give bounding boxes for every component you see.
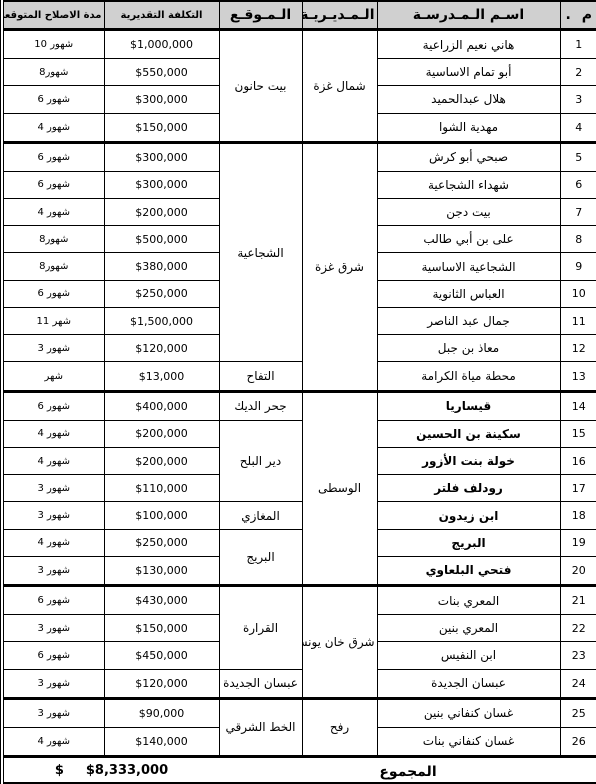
cost-cell: $90,000 bbox=[104, 698, 219, 727]
row-number-cell: 20 bbox=[560, 556, 596, 585]
school-name-cell: ابن زيدون bbox=[377, 502, 560, 529]
school-repair-cost-table: م . اسـم الـمـدرسـة الـمـديـريـة الـمـوق… bbox=[0, 0, 596, 784]
duration-cell: 6 شهور bbox=[2, 280, 104, 307]
col-header-school: اسـم الـمـدرسـة bbox=[377, 1, 560, 30]
row-number-cell: 1 bbox=[560, 30, 596, 59]
duration-cell: 3 شهور bbox=[2, 335, 104, 362]
cost-cell: $1,000,000 bbox=[104, 30, 219, 59]
cost-cell: $140,000 bbox=[104, 727, 219, 756]
cost-cell: $100,000 bbox=[104, 502, 219, 529]
school-name-cell: مهدية الشوا bbox=[377, 113, 560, 142]
row-number-cell: 21 bbox=[560, 585, 596, 614]
total-row: المجموع $ $8,333,000 bbox=[2, 757, 596, 784]
school-name-cell: جمال عبد الناصر bbox=[377, 307, 560, 334]
table-row: 15سكينة بن الحسيندير البلح$200,0004 شهور bbox=[2, 420, 596, 447]
row-number-cell: 5 bbox=[560, 142, 596, 171]
school-name-cell: غسان كنفاني بنات bbox=[377, 727, 560, 756]
total-amount: $8,333,000 bbox=[86, 763, 168, 778]
location-cell: المغازي bbox=[219, 502, 302, 529]
row-number-cell: 12 bbox=[560, 335, 596, 362]
cost-cell: $120,000 bbox=[104, 335, 219, 362]
row-number-cell: 10 bbox=[560, 280, 596, 307]
cost-cell: $130,000 bbox=[104, 556, 219, 585]
school-name-cell: خولة بنت الأزور bbox=[377, 447, 560, 474]
total-label-cell: المجموع bbox=[219, 757, 596, 784]
row-number-cell: 11 bbox=[560, 307, 596, 334]
col-header-directorate: الـمـديـريـة bbox=[302, 1, 377, 30]
school-name-cell: صبحي أبو كرش bbox=[377, 142, 560, 171]
school-name-cell: المعري بنات bbox=[377, 585, 560, 614]
location-cell: التفاح bbox=[219, 362, 302, 391]
row-number-cell: 19 bbox=[560, 529, 596, 556]
duration-cell: 6 شهور bbox=[2, 642, 104, 669]
duration-cell: 10 شهور bbox=[2, 30, 104, 59]
school-name-cell: شهداء الشجاعية bbox=[377, 171, 560, 198]
table-row: 14قيسارياالوسطىجحر الديك$400,0006 شهور bbox=[2, 391, 596, 420]
cost-cell: $430,000 bbox=[104, 585, 219, 614]
row-number-cell: 6 bbox=[560, 171, 596, 198]
cost-cell: $250,000 bbox=[104, 280, 219, 307]
location-cell: دير البلح bbox=[219, 420, 302, 502]
cost-cell: $120,000 bbox=[104, 669, 219, 698]
col-header-location: الـمـوقـع bbox=[219, 1, 302, 30]
cost-cell: $300,000 bbox=[104, 171, 219, 198]
col-header-number: م . bbox=[560, 1, 596, 30]
duration-cell: 8شهور bbox=[2, 253, 104, 280]
row-number-cell: 22 bbox=[560, 615, 596, 642]
row-number-cell: 23 bbox=[560, 642, 596, 669]
row-number-cell: 24 bbox=[560, 669, 596, 698]
school-name-cell: أبو تمام الاساسية bbox=[377, 59, 560, 86]
cost-cell: $1,500,000 bbox=[104, 307, 219, 334]
cost-cell: $450,000 bbox=[104, 642, 219, 669]
row-number-cell: 17 bbox=[560, 475, 596, 502]
school-name-cell: العباس الثانوية bbox=[377, 280, 560, 307]
duration-cell: 4 شهور bbox=[2, 529, 104, 556]
location-cell: جحر الديك bbox=[219, 391, 302, 420]
table-row: 24عبسان الجديدةعبسان الجديدة$120,0003 شه… bbox=[2, 669, 596, 698]
row-number-cell: 16 bbox=[560, 447, 596, 474]
table-row: 13محطة مياة الكرامةالتفاح$13,000شهر bbox=[2, 362, 596, 391]
row-number-cell: 25 bbox=[560, 698, 596, 727]
total-label: المجموع bbox=[379, 764, 436, 780]
cost-cell: $200,000 bbox=[104, 420, 219, 447]
duration-cell: 8شهور bbox=[2, 226, 104, 253]
cost-cell: $13,000 bbox=[104, 362, 219, 391]
school-name-cell: سكينة بن الحسين bbox=[377, 420, 560, 447]
directorate-cell: الوسطى bbox=[302, 391, 377, 585]
school-name-cell: عبسان الجديدة bbox=[377, 669, 560, 698]
table-body: 1هاني نعيم الزراعيةشمال غزةبيت حانون$1,0… bbox=[2, 30, 596, 757]
directorate-cell: شرق غزة bbox=[302, 142, 377, 391]
location-cell: عبسان الجديدة bbox=[219, 669, 302, 698]
row-number-cell: 4 bbox=[560, 113, 596, 142]
cost-cell: $110,000 bbox=[104, 475, 219, 502]
location-cell: بيت حانون bbox=[219, 30, 302, 143]
row-number-cell: 7 bbox=[560, 198, 596, 225]
duration-cell: 4 شهور bbox=[2, 727, 104, 756]
duration-cell: شهر bbox=[2, 362, 104, 391]
school-name-cell: البريج bbox=[377, 529, 560, 556]
header-row: م . اسـم الـمـدرسـة الـمـديـريـة الـمـوق… bbox=[2, 1, 596, 30]
directorate-cell: شمال غزة bbox=[302, 30, 377, 143]
row-number-cell: 2 bbox=[560, 59, 596, 86]
table-row: 25غسان كنفاني بنينرفحالخط الشرقي$90,0003… bbox=[2, 698, 596, 727]
duration-cell: 11 شهر bbox=[2, 307, 104, 334]
table-row: 5صبحي أبو كرششرق غزةالشجاعية$300,0006 شه… bbox=[2, 142, 596, 171]
table-row: 21المعري بناتشرق خان يونسالقرارة$430,000… bbox=[2, 585, 596, 614]
duration-cell: 4 شهور bbox=[2, 198, 104, 225]
location-cell: الشجاعية bbox=[219, 142, 302, 362]
duration-cell: 6 شهور bbox=[2, 171, 104, 198]
duration-cell: 4 شهور bbox=[2, 113, 104, 142]
cost-cell: $550,000 bbox=[104, 59, 219, 86]
cost-cell: $250,000 bbox=[104, 529, 219, 556]
school-name-cell: الشجاعية الاساسية bbox=[377, 253, 560, 280]
row-number-cell: 26 bbox=[560, 727, 596, 756]
table-row: 19البريجالبريج$250,0004 شهور bbox=[2, 529, 596, 556]
school-name-cell: غسان كنفاني بنين bbox=[377, 698, 560, 727]
school-name-cell: هاني نعيم الزراعية bbox=[377, 30, 560, 59]
location-cell: القرارة bbox=[219, 585, 302, 669]
table-row: 1هاني نعيم الزراعيةشمال غزةبيت حانون$1,0… bbox=[2, 30, 596, 59]
school-name-cell: بيت دجن bbox=[377, 198, 560, 225]
duration-cell: 8شهور bbox=[2, 59, 104, 86]
location-cell: الخط الشرقي bbox=[219, 698, 302, 756]
duration-cell: 4 شهور bbox=[2, 447, 104, 474]
school-name-cell: على بن أبي طالب bbox=[377, 226, 560, 253]
cost-cell: $300,000 bbox=[104, 86, 219, 113]
total-amount-cell: $ $8,333,000 bbox=[2, 757, 219, 784]
row-number-cell: 14 bbox=[560, 391, 596, 420]
cost-cell: $380,000 bbox=[104, 253, 219, 280]
cost-cell: $200,000 bbox=[104, 198, 219, 225]
cost-cell: $150,000 bbox=[104, 615, 219, 642]
duration-cell: 6 شهور bbox=[2, 585, 104, 614]
row-number-cell: 15 bbox=[560, 420, 596, 447]
school-name-cell: المعري بنين bbox=[377, 615, 560, 642]
total-currency-symbol: $ bbox=[55, 763, 64, 778]
duration-cell: 3 شهور bbox=[2, 502, 104, 529]
row-number-cell: 3 bbox=[560, 86, 596, 113]
row-number-cell: 18 bbox=[560, 502, 596, 529]
school-name-cell: محطة مياة الكرامة bbox=[377, 362, 560, 391]
duration-cell: 3 شهور bbox=[2, 698, 104, 727]
col-header-cost: التكلفة التقديرية bbox=[104, 1, 219, 30]
directorate-cell: رفح bbox=[302, 698, 377, 756]
school-name-cell: رودلف فلتر bbox=[377, 475, 560, 502]
duration-cell: 6 شهور bbox=[2, 86, 104, 113]
school-name-cell: هلال عبدالحميد bbox=[377, 86, 560, 113]
school-name-cell: معاذ بن جبل bbox=[377, 335, 560, 362]
duration-cell: 3 شهور bbox=[2, 556, 104, 585]
duration-cell: 3 شهور bbox=[2, 669, 104, 698]
row-number-cell: 8 bbox=[560, 226, 596, 253]
cost-cell: $150,000 bbox=[104, 113, 219, 142]
col-header-duration: مدة الاصلاح المتوقعة bbox=[2, 1, 104, 30]
duration-cell: 6 شهور bbox=[2, 391, 104, 420]
school-name-cell: فتحي البلعاوي bbox=[377, 556, 560, 585]
directorate-cell: شرق خان يونس bbox=[302, 585, 377, 698]
cost-cell: $400,000 bbox=[104, 391, 219, 420]
row-number-cell: 13 bbox=[560, 362, 596, 391]
location-cell: البريج bbox=[219, 529, 302, 585]
cost-cell: $500,000 bbox=[104, 226, 219, 253]
school-name-cell: ابن النفيس bbox=[377, 642, 560, 669]
duration-cell: 3 شهور bbox=[2, 475, 104, 502]
cost-cell: $200,000 bbox=[104, 447, 219, 474]
table-row: 18ابن زيدونالمغازي$100,0003 شهور bbox=[2, 502, 596, 529]
cost-cell: $300,000 bbox=[104, 142, 219, 171]
row-number-cell: 9 bbox=[560, 253, 596, 280]
school-name-cell: قيساريا bbox=[377, 391, 560, 420]
duration-cell: 3 شهور bbox=[2, 615, 104, 642]
duration-cell: 6 شهور bbox=[2, 142, 104, 171]
duration-cell: 4 شهور bbox=[2, 420, 104, 447]
